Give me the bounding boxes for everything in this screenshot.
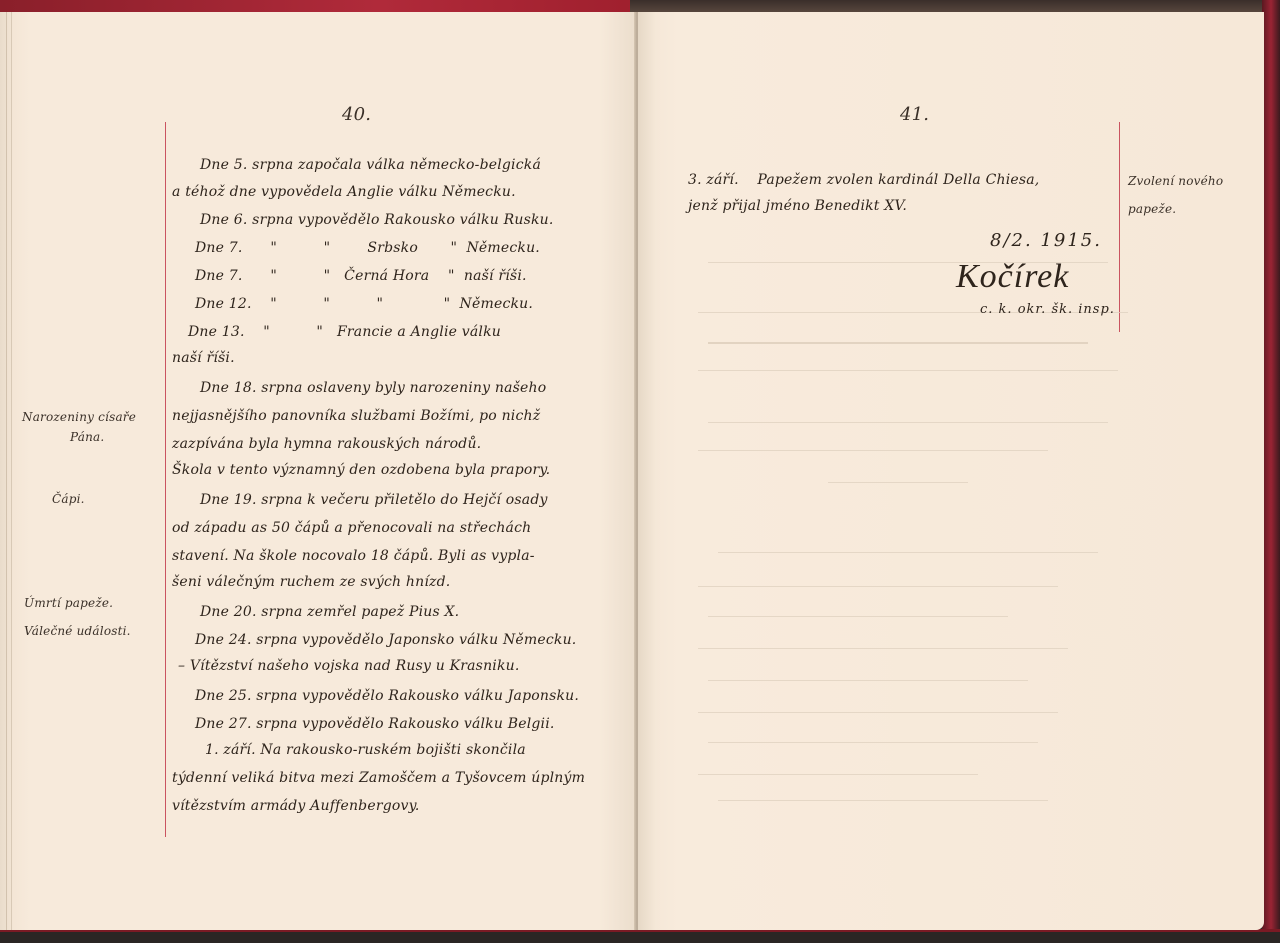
entry-line: jenž přijal jméno Benedikt XV. bbox=[688, 198, 907, 214]
left-margin-rule bbox=[165, 122, 166, 837]
bleed-through-mark bbox=[718, 552, 1098, 553]
signature-title: c. k. okr. šk. insp. bbox=[980, 302, 1115, 317]
entry-line: nejjasnějšího panovníka službami Božími,… bbox=[172, 408, 540, 424]
entry-line: stavení. Na škole nocovalo 18 čápů. Byli… bbox=[172, 548, 535, 564]
margin-note-birthday: Narozeniny císaře bbox=[22, 410, 136, 424]
bleed-through-mark bbox=[698, 774, 978, 775]
entry-line: Dne 24. srpna vypovědělo Japonsko válku … bbox=[195, 632, 576, 648]
bleed-through-mark bbox=[698, 586, 1058, 587]
bleed-through-mark bbox=[718, 800, 1048, 801]
entry-line: naší říši. bbox=[172, 350, 235, 366]
margin-note-war-events: Válečné události. bbox=[24, 624, 131, 638]
entry-line: Dne 12. " " " " Německu. bbox=[195, 296, 533, 312]
page-number: 41. bbox=[900, 104, 929, 125]
bleed-through-mark bbox=[708, 680, 1028, 681]
entry-line: Dne 25. srpna vypovědělo Rakousko válku … bbox=[195, 688, 579, 704]
bleed-through-mark bbox=[698, 648, 1068, 649]
entry-line: – Vítězství našeho vojska nad Rusy u Kra… bbox=[178, 658, 520, 674]
entry-line: šeni válečným ruchem ze svých hnízd. bbox=[172, 574, 450, 590]
entry-line: Škola v tento významný den ozdobena byla… bbox=[172, 462, 550, 478]
entry-line: Dne 20. srpna zemřel papež Pius X. bbox=[200, 604, 459, 620]
entry-line: Dne 18. srpna oslaveny byly narozeniny n… bbox=[200, 380, 546, 396]
entry-line: Dne 27. srpna vypovědělo Rakousko válku … bbox=[195, 716, 555, 732]
bleed-through-mark bbox=[708, 342, 1088, 344]
entry-line: od západu as 50 čápů a přenocovali na st… bbox=[172, 520, 531, 536]
signature-date: 8/2. 1915. bbox=[990, 230, 1102, 251]
book-cover-bottom bbox=[0, 929, 1280, 943]
margin-note-storks: Čápi. bbox=[52, 492, 85, 506]
bleed-through-mark bbox=[828, 482, 968, 483]
margin-note-pope-death: Úmrtí papeže. bbox=[24, 596, 113, 610]
right-margin-rule bbox=[1119, 122, 1120, 332]
entry-line: Dne 7. " " Srbsko " Německu. bbox=[195, 240, 540, 256]
bleed-through-mark bbox=[698, 370, 1118, 371]
entry-line: 3. září. Papežem zvolen kardinál Della C… bbox=[688, 172, 1039, 188]
margin-note-pope-election: Zvolení nového bbox=[1128, 174, 1223, 188]
bleed-through-mark bbox=[708, 742, 1038, 743]
entry-line: a téhož dne vypovědela Anglie válku Něme… bbox=[172, 184, 516, 200]
entry-line: Dne 7. " " Černá Hora " naší říši. bbox=[195, 268, 527, 284]
entry-line: týdenní veliká bitva mezi Zamoščem a Tyš… bbox=[172, 770, 585, 786]
signature-name: Kočírek bbox=[956, 258, 1069, 296]
right-page: 41. Zvolení nového papeže. 3. září. Pape… bbox=[638, 12, 1264, 930]
book-cover-right-edge bbox=[1262, 0, 1280, 943]
entry-line: Dne 6. srpna vypovědělo Rakousko válku R… bbox=[200, 212, 554, 228]
page-number: 40. bbox=[342, 104, 371, 125]
entry-line: zazpívána byla hymna rakouských národů. bbox=[172, 436, 481, 452]
margin-note-birthday-cont: Pána. bbox=[70, 430, 104, 444]
bleed-through-mark bbox=[708, 616, 1008, 617]
entry-line: 1. září. Na rakousko-ruském bojišti skon… bbox=[205, 742, 526, 758]
entry-line: vítězstvím armády Auffenbergovy. bbox=[172, 798, 420, 814]
entry-line: Dne 19. srpna k večeru přiletělo do Hejč… bbox=[200, 492, 548, 508]
bleed-through-mark bbox=[698, 712, 1058, 713]
margin-note-pope-election-cont: papeže. bbox=[1128, 202, 1176, 216]
entry-line: Dne 5. srpna započala válka německo-belg… bbox=[200, 157, 541, 173]
bleed-through-mark bbox=[698, 450, 1048, 451]
book-cover-red-edge bbox=[0, 0, 630, 12]
entry-line: Dne 13. " " Francie a Anglie válku bbox=[188, 324, 501, 340]
bleed-through-mark bbox=[708, 422, 1108, 423]
left-page: 40. Narozeniny císaře Pána. Čápi. Úmrtí … bbox=[0, 12, 636, 930]
